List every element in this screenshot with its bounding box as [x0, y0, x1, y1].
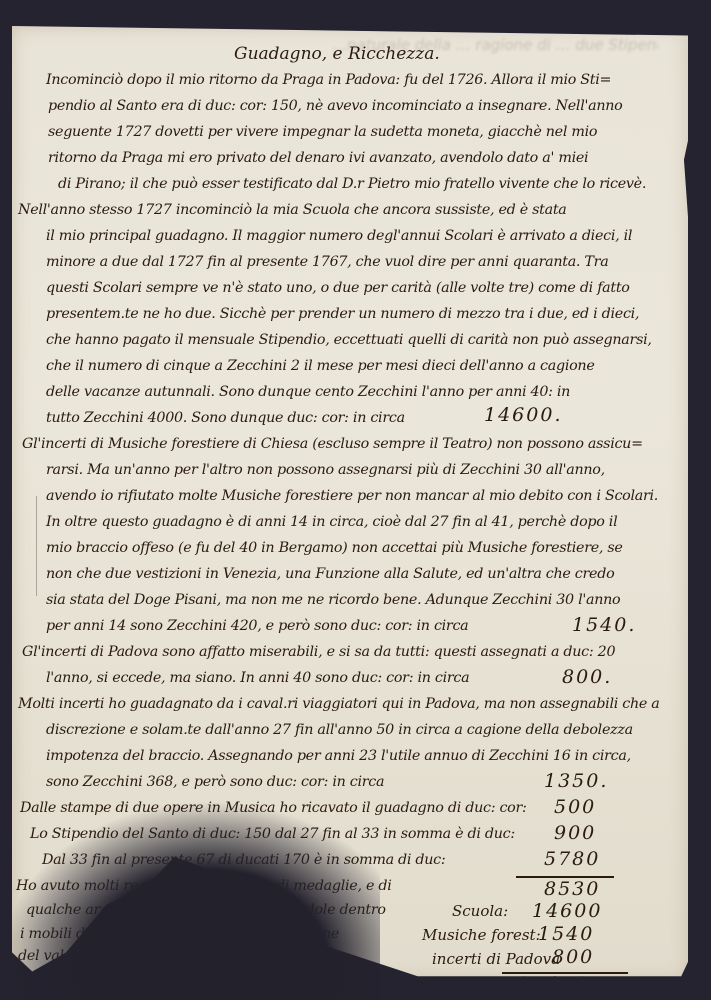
text-line: discrezione e solam.te dall'anno 27 fin … — [46, 722, 633, 738]
text-line: pendio al Santo era di duc: cor: 150, nè… — [48, 98, 622, 114]
amount-stipendio-27-33: 900 — [554, 822, 596, 844]
amount-cavalieri: 1350. — [544, 770, 608, 792]
text-line: impotenza del braccio. Assegnando per an… — [46, 748, 631, 764]
text-line: rarsi. Ma un'anno per l'altro non posson… — [46, 462, 605, 478]
sommati-value-2: 1000 — [292, 960, 336, 976]
text-line: di Pirano; il che può esser testificato … — [58, 176, 646, 192]
text-line: Nell'anno stesso 1727 incominciò la mia … — [18, 202, 567, 218]
manuscript-page: …naturale della … ragione di … due Stipe… — [12, 26, 688, 981]
text-line: minore a due dal 1727 fin al presente 17… — [46, 254, 608, 270]
page-title: Guadagno, e Ricchezza. — [234, 44, 440, 64]
text-line: non che due vestizioni in Venezia, una F… — [46, 566, 614, 582]
text-line: mio braccio offeso (e fu del 40 in Berga… — [46, 540, 623, 556]
text-line: che hanno pagato il mensuale Stipendio, … — [46, 332, 652, 348]
text-line: In oltre questo guadagno è di anni 14 in… — [46, 514, 617, 530]
sommati-label: Sommati — [208, 948, 276, 966]
text-line: del valore. — [18, 948, 91, 964]
amount-incerti-padova: 800. — [562, 666, 612, 688]
text-line: delle vacanze autunnali. Sono dunque cen… — [46, 384, 570, 400]
text-line: sono Zecchini 368, e però sono duc: cor:… — [46, 774, 384, 790]
text-line: ritorno da Praga mi ero privato del dena… — [48, 150, 588, 166]
summary-scuola-value: 14600 — [532, 900, 602, 922]
text-line: Dalle stampe di due opere in Musica ho r… — [20, 800, 527, 816]
amount-musiche: 1540. — [572, 614, 636, 636]
summary-total-value: 25470 — [518, 973, 588, 995]
text-line: Incominciò dopo il mio ritorno da Praga … — [46, 72, 611, 88]
text-line: qualche argenteria; le quali cose, ponen… — [26, 902, 386, 918]
text-line: presentem.te ne ho due. Sicchè per prend… — [46, 306, 639, 322]
summary-total-label: Somma intiera — [390, 976, 502, 994]
text-line: questi Scolari sempre ve n'è stato uno, … — [46, 280, 630, 296]
text-line: i mobili di casa, lascio giudicare a dis… — [20, 926, 339, 942]
summary-musiche-value: 1540 — [538, 923, 594, 945]
amount-stipendio-33-67: 5780 — [544, 848, 600, 870]
text-line: tutto Zecchini 4000. Sono dunque duc: co… — [46, 410, 405, 426]
summary-incerti-value: 800 — [552, 946, 594, 968]
amount-stampe: 500 — [554, 796, 596, 818]
text-line: Lo Stipendio del Santo di duc: 150 dal 2… — [30, 826, 515, 842]
summary-musiche-label: Musiche forest: — [422, 926, 541, 944]
text-line: che il numero di cinque a Zecchini 2 il … — [46, 358, 594, 374]
summary-incerti-label: incerti di Padova — [432, 950, 560, 968]
amount-subtotal: 8530 — [544, 878, 600, 900]
text-line: Ho avuto molti regali di tabacchiere, di… — [16, 878, 391, 894]
text-line: avendo io rifiutato molte Musiche forest… — [46, 488, 658, 504]
sommati-total: 26470 — [274, 978, 335, 997]
amount-scuola: 14600. — [484, 404, 562, 426]
text-line: Dal 33 fin al presente 67 di ducati 170 … — [42, 852, 445, 868]
sommati-rule — [268, 978, 338, 980]
summary-scuola-label: Scuola: — [452, 902, 508, 920]
text-line: l'anno, si eccede, ma siano. In anni 40 … — [46, 670, 469, 686]
sommati-value-1: 25470 — [274, 944, 335, 963]
margin-mark — [36, 496, 37, 596]
text-line: il mio principal guadagno. Il maggior nu… — [46, 228, 632, 244]
text-line: Gl'incerti di Padova sono affatto misera… — [22, 644, 615, 660]
text-line: seguente 1727 dovetti per vivere impegna… — [48, 124, 597, 140]
text-line: Molti incerti ho guadagnato da i caval.r… — [18, 696, 660, 712]
text-line: Gl'incerti di Musiche forestiere di Chie… — [22, 436, 643, 452]
text-line: sia stata del Doge Pisani, ma non me ne … — [46, 592, 620, 608]
text-line: per anni 14 sono Zecchini 420, e però so… — [46, 618, 468, 634]
